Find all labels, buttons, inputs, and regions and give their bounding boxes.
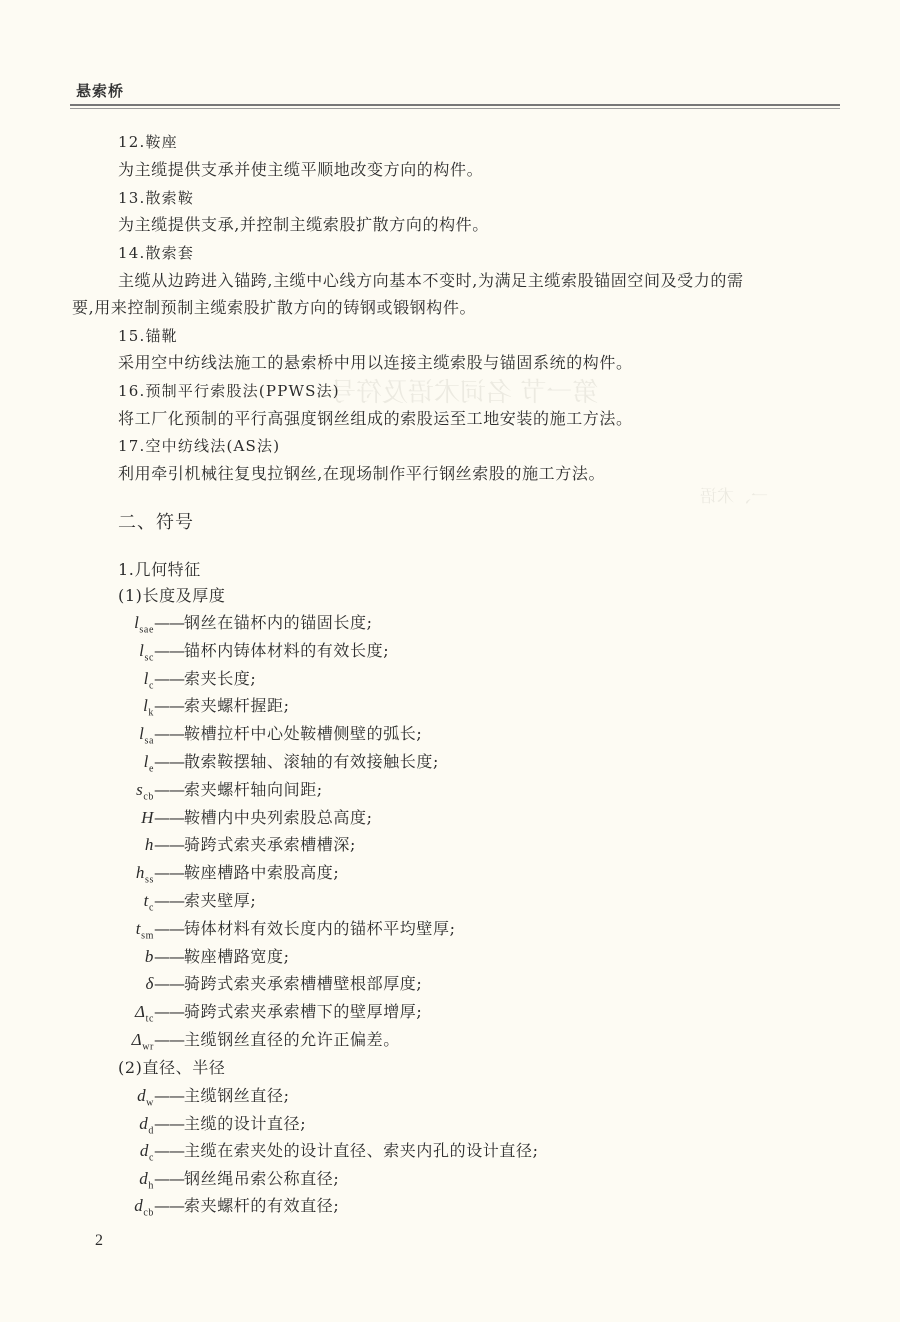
symbol: tc [108,891,154,918]
symbol-definition: h——骑跨式索夹承索槽槽深; [108,835,356,862]
symbol-base: b [145,947,154,966]
symbol: Δtc [108,1002,154,1029]
symbol-subscript: cb [143,1208,154,1219]
symbol-definition: le——散索鞍摆轴、滚轴的有效接触长度; [108,752,439,779]
term-desc-16: 将工厂化预制的平行高强度钢丝组成的索股运至工地安装的施工方法。 [118,409,633,429]
symbol-definition: Δtc——骑跨式索夹承索槽下的壁厚增厚; [108,1002,422,1029]
em-dash: —— [154,835,184,854]
em-dash: —— [154,641,184,660]
symbol-description: 主缆钢丝直径; [184,1086,290,1105]
symbol: dcb [108,1196,154,1223]
header-rule [70,104,840,109]
symbol-definition: hss——鞍座槽路中索股高度; [108,863,339,890]
symbol: tsm [108,919,154,946]
symbol-description: 钢丝绳吊索公称直径; [184,1169,339,1188]
symbol-description: 锚杯内铸体材料的有效长度; [184,641,389,660]
symbol-base: d [134,1196,143,1215]
symbol-definition: H——鞍槽内中央列索股总高度; [108,808,373,835]
em-dash: —— [154,1086,184,1105]
em-dash: —— [154,919,184,938]
symbol: hss [108,863,154,890]
symbol: dc [108,1141,154,1168]
symbol: δ [108,974,154,1001]
em-dash: —— [154,1114,184,1133]
bleed-through-text: 第一节 名词术语及符号 [330,372,598,409]
symbol: lsae [108,613,154,640]
symbol-base: d [137,1086,146,1105]
em-dash: —— [154,613,184,632]
symbol: lsc [108,641,154,668]
running-header-title: 悬索桥 [76,80,124,101]
symbol-description: 索夹螺杆握距; [184,696,290,715]
symbol-definition: lsa——鞍槽拉杆中心处鞍槽侧壁的弧长; [108,724,422,751]
symbol: dd [108,1114,154,1141]
em-dash: —— [154,1030,184,1049]
symbol-description: 索夹螺杆轴向间距; [184,780,323,799]
symbol-base: δ [145,974,154,993]
symbol-subscript: ss [145,875,154,886]
symbol-definition: lk——索夹螺杆握距; [108,696,290,723]
symbol-definition: scb——索夹螺杆轴向间距; [108,780,323,807]
symbol-description: 骑跨式索夹承索槽槽壁根部厚度; [184,974,422,993]
term-title-13: 13.散索鞍 [118,188,194,208]
symbol: H [108,808,154,835]
em-dash: —— [154,1002,184,1021]
symbol: b [108,947,154,974]
symbol-definition: dc——主缆在索夹处的设计直径、索夹内孔的设计直径; [108,1141,539,1168]
symbol: h [108,835,154,862]
term-title-12: 12.鞍座 [118,132,178,152]
symbol-definition: dd——主缆的设计直径; [108,1114,306,1141]
symbol-subscript: sc [144,652,154,663]
symbol-definition: Δwr——主缆钢丝直径的允许正偏差。 [108,1030,400,1057]
page-number: 2 [95,1232,103,1250]
symbol-definition: tsm——铸体材料有效长度内的锚杯平均壁厚; [108,919,456,946]
symbol-definition: δ——骑跨式索夹承索槽槽壁根部厚度; [108,974,422,1001]
symbol-description: 铸体材料有效长度内的锚杯平均壁厚; [184,919,456,938]
symbol-definition: dcb——索夹螺杆的有效直径; [108,1196,339,1223]
symbol: dh [108,1169,154,1196]
symbol-definition: lc——索夹长度; [108,669,256,696]
em-dash: —— [154,808,184,827]
bleed-through-text: 一、术语 [700,482,768,507]
symbol-description: 索夹螺杆的有效直径; [184,1196,339,1215]
symbol-description: 索夹长度; [184,669,256,688]
symbol-description: 钢丝在锚杯内的锚固长度; [184,613,373,632]
symbol-subscript: wr [142,1041,154,1052]
symbol: Δwr [108,1030,154,1057]
symbol-base: h [136,863,145,882]
symbol-description: 主缆钢丝直径的允许正偏差。 [184,1030,400,1049]
symbol-subscript: sm [141,930,154,941]
symbol: lsa [108,724,154,751]
em-dash: —— [154,669,184,688]
em-dash: —— [154,863,184,882]
symbol-description: 主缆的设计直径; [184,1114,306,1133]
em-dash: —— [154,752,184,771]
symbol-definition: lsae——钢丝在锚杯内的锚固长度; [108,613,373,640]
em-dash: —— [154,1196,184,1215]
symbol-definition: dw——主缆钢丝直径; [108,1086,290,1113]
term-desc-17: 利用牵引机械往复曳拉钢丝,在现场制作平行钢丝索股的施工方法。 [118,464,605,484]
symbol-definition: dh——钢丝绳吊索公称直径; [108,1169,339,1196]
symbol-base: Δ [132,1030,143,1049]
symbol-base: h [145,835,154,854]
symbol-description: 索夹壁厚; [184,891,256,910]
term-title-15: 15.锚靴 [118,326,178,346]
symbol-description: 鞍槽内中央列索股总高度; [184,808,373,827]
symbol: scb [108,780,154,807]
symbol: lk [108,696,154,723]
symbol-description: 鞍座槽路宽度; [184,947,290,966]
symbol-description: 鞍座槽路中索股高度; [184,863,339,882]
section-heading: 二、符号 [118,513,194,533]
symbol-definition: b——鞍座槽路宽度; [108,947,290,974]
symbol-description: 主缆在索夹处的设计直径、索夹内孔的设计直径; [184,1141,539,1160]
em-dash: —— [154,974,184,993]
symbol-base: d [140,1141,149,1160]
em-dash: —— [154,947,184,966]
em-dash: —— [154,724,184,743]
em-dash: —— [154,1169,184,1188]
term-title-14: 14.散索套 [118,243,194,263]
em-dash: —— [154,696,184,715]
symbol-subscript: sa [144,736,154,747]
symbol: dw [108,1086,154,1113]
term-desc-15: 采用空中纺线法施工的悬索桥中用以连接主缆索股与锚固系统的构件。 [118,353,633,373]
term-title-16: 16.预制平行索股法(PPWS法) [118,381,340,401]
symbol-base: H [141,808,154,827]
term-desc-14-line2: 要,用来控制预制主缆索股扩散方向的铸钢或锻钢构件。 [72,298,476,318]
symbol: lc [108,669,154,696]
symbol: le [108,752,154,779]
term-title-17: 17.空中纺线法(AS法) [118,436,280,456]
group-title-diameter: (2)直径、半径 [118,1058,225,1078]
term-desc-14-line1: 主缆从边跨进入锚跨,主缆中心线方向基本不变时,为满足主缆索股锚固空间及受力的需 [118,271,744,291]
symbol-subscript: w [146,1097,154,1108]
subsection-title: 1.几何特征 [118,560,201,580]
symbol-description: 散索鞍摆轴、滚轴的有效接触长度; [184,752,439,771]
symbol-subscript: sae [139,624,154,635]
em-dash: —— [154,780,184,799]
term-desc-13: 为主缆提供支承,并控制主缆索股扩散方向的构件。 [118,215,489,235]
symbol-description: 骑跨式索夹承索槽下的壁厚增厚; [184,1002,422,1021]
symbol-definition: lsc——锚杯内铸体材料的有效长度; [108,641,389,668]
symbol-description: 骑跨式索夹承索槽槽深; [184,835,356,854]
em-dash: —— [154,891,184,910]
term-desc-12: 为主缆提供支承并使主缆平顺地改变方向的构件。 [118,160,483,180]
symbol-subscript: tc [146,1014,154,1025]
symbol-base: Δ [135,1002,146,1021]
em-dash: —— [154,1141,184,1160]
symbol-description: 鞍槽拉杆中心处鞍槽侧壁的弧长; [184,724,422,743]
symbol-definition: tc——索夹壁厚; [108,891,256,918]
symbol-subscript: cb [143,791,154,802]
group-title-length: (1)长度及厚度 [118,586,225,606]
